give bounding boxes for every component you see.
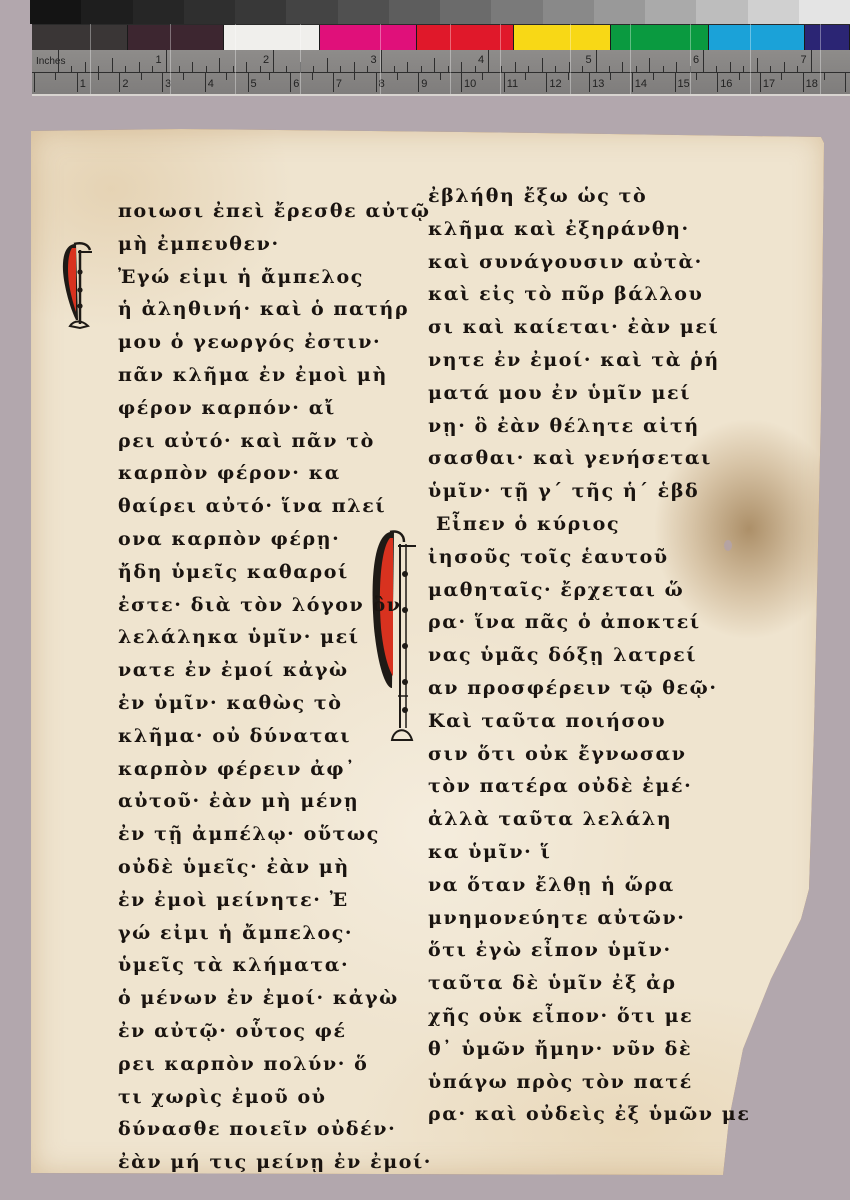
manuscript-line: ἤδη ὑμεῖς καθαροί	[118, 556, 388, 589]
tape-scratch	[90, 24, 91, 94]
ruler-tick	[260, 66, 261, 72]
ruler-cm-label: 18	[806, 78, 818, 90]
ruler-tick	[313, 66, 314, 72]
manuscript-line: ρει αὐτό· καὶ πᾶν τὸ	[118, 425, 388, 458]
manuscript-line: φέρον καρπόν· αἴ	[118, 392, 388, 425]
ruler-tick	[179, 66, 180, 72]
ruler-tick	[488, 50, 489, 72]
grey-patch	[30, 0, 81, 24]
ruler-tick	[139, 62, 140, 72]
manuscript-line: χῆς οὐκ εἶπον· ὅτι με	[428, 1000, 708, 1033]
manuscript-line: μνημονεύητε αὐτῶν·	[428, 902, 708, 935]
ruler-tick	[206, 66, 207, 72]
manuscript-line: Ἐγώ εἰμι ἡ ἄμπελος	[118, 261, 388, 294]
manuscript-line: λελάληκα ὑμῖν· μεί	[118, 621, 388, 654]
grey-patch	[389, 0, 440, 24]
manuscript-line: ἰησοῦς τοῖς ἑαυτοῦ	[428, 541, 708, 574]
color-patch-dark-brown	[128, 25, 224, 51]
ruler-tick	[546, 72, 547, 92]
ruler-tick	[248, 72, 249, 92]
color-patch-green	[611, 25, 709, 51]
ruler-cm-label: 17	[763, 78, 775, 90]
ruler-tick	[418, 72, 419, 92]
ruler-tick	[394, 66, 395, 72]
ruler-tick	[448, 66, 449, 72]
ruler-tick	[205, 72, 206, 92]
ruler-cm-label: 5	[251, 78, 257, 90]
ruler-tick	[58, 50, 59, 72]
ruler-tick	[141, 72, 142, 80]
manuscript-line: καρπὸν φέρον· κα	[118, 457, 388, 490]
tape-scratch	[750, 24, 751, 94]
ruler-tick	[504, 72, 505, 92]
ruler-tick	[290, 72, 291, 92]
ruler-tick	[675, 72, 676, 92]
ruler-tick	[475, 66, 476, 72]
manuscript-line: καρπὸν φέρειν ἀφ᾽	[118, 753, 388, 786]
color-patch-white	[224, 25, 320, 51]
manuscript-line: ματά μου ἐν ὑμῖν μεί	[428, 377, 708, 410]
color-patch-dark-grey	[32, 25, 128, 51]
manuscript-line: νητε ἐν ἐμοί· καὶ τὰ ῥή	[428, 344, 708, 377]
ruler-tick	[273, 50, 274, 72]
manuscript-line: ἐν ὑμῖν· καθὼς τὸ	[118, 687, 388, 720]
manuscript-line: ρα· ἵνα πᾶς ὁ ἀποκτεί	[428, 606, 708, 639]
ruler-tick	[589, 72, 590, 92]
ruler-tick	[555, 66, 556, 72]
ruler-tick	[421, 66, 422, 72]
ruler-tick	[183, 72, 184, 80]
ruler-tick	[286, 66, 287, 72]
manuscript-line: ὑμεῖς τὰ κλήματα·	[118, 949, 388, 982]
ruler-tick	[166, 50, 167, 72]
ruler-tick	[125, 66, 126, 72]
manuscript-line: μὴ ἐμπευθεν·	[118, 228, 388, 261]
manuscript-line: γώ εἰμι ἡ ἄμπελος·	[118, 917, 388, 950]
grey-patch	[799, 0, 850, 24]
ruler-tick	[542, 58, 543, 72]
grey-patch	[696, 0, 747, 24]
ruler-tick	[354, 62, 355, 72]
manuscript-line: σιν ὅτι οὐκ ἔγνωσαν	[428, 738, 708, 771]
ruler-tick	[653, 72, 654, 80]
ruler-cm-label: 12	[549, 78, 561, 90]
ruler-cm-label: 7	[336, 78, 342, 90]
tape-scratch	[380, 24, 381, 94]
illuminated-epsilon-icon	[58, 240, 114, 340]
grey-patch	[235, 0, 286, 24]
ruler-tick	[568, 72, 569, 80]
ruler-cm-label: 4	[208, 78, 214, 90]
ruler-tick	[77, 72, 78, 92]
ruler-tick	[440, 72, 441, 80]
grey-patch	[645, 0, 696, 24]
ruler-cm-label: 16	[720, 78, 732, 90]
color-calibration-target: Inches 123456712345678910111213141516171…	[30, 0, 850, 96]
ruler-tick	[219, 58, 220, 72]
ruler-tick	[663, 66, 664, 72]
ruler-tick	[376, 72, 377, 92]
color-patch-blue-violet	[805, 25, 850, 51]
manuscript-line: κα ὑμῖν· ἵ	[428, 836, 708, 869]
ruler-tick	[703, 50, 704, 72]
ruler-inch-label: 7	[801, 54, 807, 66]
ruler-cm-label: 13	[592, 78, 604, 90]
ruler-tick	[676, 62, 677, 72]
tape-scratch	[300, 24, 301, 94]
ruler-tick	[515, 62, 516, 72]
tape-scratch	[500, 24, 501, 94]
manuscript-line: ἀλλὰ ταῦτα λελάλη	[428, 803, 708, 836]
ruler-tick	[622, 62, 623, 72]
manuscript-line: νῃ· ὃ ἐὰν θέλητε αἰτή	[428, 410, 708, 443]
ruler-tick	[649, 58, 650, 72]
manuscript-line: ρει καρπὸν πολύν· ὅ	[118, 1048, 388, 1081]
color-patch-yellow	[514, 25, 611, 51]
ruler-tick	[501, 66, 502, 72]
ruler-cm-label: 15	[678, 78, 690, 90]
manuscript-line: τὸν πατέρα οὐδὲ ἐμέ·	[428, 770, 708, 803]
ruler-tick	[397, 72, 398, 80]
ruler-tick	[781, 72, 782, 80]
tape-scratch	[690, 24, 691, 94]
manuscript-line: κλῆμα καὶ ἐξηράνθη·	[428, 213, 708, 246]
manuscript-line: ὑπάγω πρὸς τὸν πατέ	[428, 1066, 708, 1099]
grey-patch	[748, 0, 799, 24]
decorated-initial-left	[58, 240, 114, 340]
ruler-tick	[845, 72, 846, 92]
manuscript-line: ἐν ἐμοὶ μείνητε· Ἐ	[118, 884, 388, 917]
manuscript-line: ἐστε· διὰ τὸν λόγον ὃν	[118, 589, 388, 622]
ruler-tick	[696, 72, 697, 80]
measurement-ruler: Inches 123456712345678910111213141516171…	[32, 50, 850, 96]
ruler-cm-label: 14	[635, 78, 647, 90]
ruler-tick	[596, 50, 597, 72]
ruler-tick	[407, 62, 408, 72]
ruler-inch-label: 1	[156, 54, 162, 66]
ruler-tick	[162, 72, 163, 92]
ruler-cm-label: 2	[122, 78, 128, 90]
ruler-cm-label: 6	[293, 78, 299, 90]
ruler-tick	[461, 62, 462, 72]
manuscript-line: ὅτι ἐγὼ εἶπον ὑμῖν·	[428, 934, 708, 967]
manuscript-line: ρα· καὶ οὐδεὶς ἐξ ὑμῶν με	[428, 1098, 708, 1131]
ruler-inch-label: 3	[371, 54, 377, 66]
ruler-inch-label: 5	[586, 54, 592, 66]
ruler-tick	[269, 72, 270, 80]
manuscript-line: ονα καρπὸν φέρῃ·	[118, 523, 388, 556]
tape-scratch	[820, 24, 821, 94]
color-patch-cyan	[709, 25, 805, 51]
grey-patch	[133, 0, 184, 24]
manuscript-line: νας ὑμᾶς δόξῃ λατρεί	[428, 639, 708, 672]
grey-patch	[543, 0, 594, 24]
ruler-tick	[797, 66, 798, 72]
color-patch-strip	[32, 24, 850, 51]
manuscript-line: αν προσφέρειν τῷ θεῷ·	[428, 672, 708, 705]
ruler-inch-label: 2	[263, 54, 269, 66]
ruler-tick	[582, 66, 583, 72]
ruler-tick	[119, 72, 120, 92]
tape-scratch	[235, 24, 236, 94]
manuscript-line: καὶ συνάγουσιν αὐτὰ·	[428, 246, 708, 279]
tape-scratch	[630, 24, 631, 94]
ruler-tick	[803, 72, 804, 92]
grey-patch	[286, 0, 337, 24]
ruler-tick	[525, 72, 526, 80]
ruler-tick	[152, 66, 153, 72]
manuscript-line: ἐν αὐτῷ· οὗτος φέ	[118, 1015, 388, 1048]
grey-patch	[440, 0, 491, 24]
ruler-tick	[327, 58, 328, 72]
manuscript-line: ταῦτα δὲ ὑμῖν ἐξ ἀρ	[428, 967, 708, 1000]
ruler-tick	[434, 58, 435, 72]
ruler-tick	[246, 62, 247, 72]
ruler-tick	[636, 66, 637, 72]
ruler-unit-label: Inches	[36, 56, 65, 67]
text-column-left: ποιωσι ἐπεὶ ἔρεσθε αὐτῷμὴ ἐμπευθεν·Ἐγώ ε…	[118, 195, 388, 1179]
manuscript-line: ἐβλήθη ἔξω ὡς τὸ	[428, 180, 708, 213]
manuscript-line: κλῆμα· οὐ δύναται	[118, 720, 388, 753]
ruler-tick	[312, 72, 313, 80]
ruler-tick	[610, 72, 611, 80]
ruler-tick	[528, 66, 529, 72]
manuscript-line: ὁ μένων ἐν ἐμοί· κἀγὼ	[118, 982, 388, 1015]
color-patch-magenta	[320, 25, 417, 51]
ruler-inch-label: 4	[478, 54, 484, 66]
ruler-tick	[85, 62, 86, 72]
tape-scratch	[450, 24, 451, 94]
manuscript-line: σι καὶ καίεται· ἐὰν μεί	[428, 311, 708, 344]
ruler-tick	[461, 72, 462, 92]
ruler-tick	[233, 66, 234, 72]
ruler-tick	[71, 66, 72, 72]
ruler-tick	[226, 72, 227, 80]
manuscript-line: ὑμῖν· τῇ γ´ τῆς ἡ´ ἑβδ	[428, 475, 708, 508]
manuscript-line: νατε ἐν ἐμοί κἀγὼ	[118, 654, 388, 687]
grey-patch	[491, 0, 542, 24]
manuscript-line: οὐδὲ ὑμεῖς· ἐὰν μὴ	[118, 851, 388, 884]
manuscript-line: μου ὁ γεωργός ἐστιν·	[118, 326, 388, 359]
ruler-cm-label: 1	[80, 78, 86, 90]
manuscript-line: θ᾽ ὑμῶν ἤμην· νῦν δὲ	[428, 1033, 708, 1066]
manuscript-line: αὐτοῦ· ἐὰν μὴ μένῃ	[118, 785, 388, 818]
ruler-cm-label: 11	[507, 78, 518, 90]
manuscript-line: ἐὰν μή τις μείνῃ ἐν ἐμοί·	[118, 1146, 388, 1179]
manuscript-line: δύνασθε ποιεῖν οὐδέν·	[118, 1113, 388, 1146]
tape-scratch	[570, 24, 571, 94]
ruler-tick	[632, 72, 633, 92]
grey-patch	[338, 0, 389, 24]
ruler-tick	[340, 66, 341, 72]
manuscript-line: να ὅταν ἔλθῃ ἡ ὥρα	[428, 869, 708, 902]
manuscript-line: Καὶ ταῦτα ποιήσου	[428, 705, 708, 738]
ruler-tick	[757, 58, 758, 72]
ruler-inch-label: 6	[693, 54, 699, 66]
manuscript-line: ἐν τῇ ἀμπέλῳ· οὕτως	[118, 818, 388, 851]
manuscript-line: καὶ εἰς τὸ πῦρ βάλλου	[428, 278, 708, 311]
tape-scratch	[170, 24, 171, 94]
manuscript-line: τι χωρὶς ἐμοῦ οὐ	[118, 1081, 388, 1114]
ruler-tick	[98, 72, 99, 80]
ruler-tick	[760, 72, 761, 92]
ruler-tick	[770, 66, 771, 72]
ruler-cm-label: 10	[464, 78, 476, 90]
ruler-tick	[482, 72, 483, 80]
grey-patch	[594, 0, 645, 24]
ruler-tick	[739, 72, 740, 80]
ruler-tick	[824, 72, 825, 80]
manuscript-line: σασθαι· καὶ γενήσεται	[428, 442, 708, 475]
text-column-right: ἐβλήθη ἔξω ὡς τὸκλῆμα καὶ ἐξηράνθη·καὶ σ…	[428, 180, 708, 1131]
ruler-tick	[55, 72, 56, 80]
ruler-tick	[717, 72, 718, 92]
ruler-tick	[730, 62, 731, 72]
manuscript-line: Εἶπεν ὁ κύριος	[428, 508, 708, 541]
stain-hole	[724, 540, 732, 551]
ruler-tick	[784, 62, 785, 72]
ruler-tick	[367, 66, 368, 72]
manuscript-line: θαίρει αὐτό· ἵνα πλεί	[118, 490, 388, 523]
manuscript-line: ποιωσι ἐπεὶ ἔρεσθε αὐτῷ	[118, 195, 388, 228]
ruler-tick	[354, 72, 355, 80]
ruler-tick	[811, 50, 812, 72]
manuscript-line: μαθηταῖς· ἔρχεται ὥ	[428, 574, 708, 607]
grey-patch	[184, 0, 235, 24]
grey-patch	[81, 0, 132, 24]
ruler-tick	[112, 58, 113, 72]
ruler-tick	[333, 72, 334, 92]
manuscript-line: ἡ ἀληθινή· καὶ ὁ πατήρ	[118, 293, 388, 326]
ruler-cm-label: 9	[421, 78, 427, 90]
ruler-tick	[743, 66, 744, 72]
manuscript-line: πᾶν κλῆμα ἐν ἐμοὶ μὴ	[118, 359, 388, 392]
grey-scale-strip	[30, 0, 850, 24]
ruler-tick	[34, 72, 35, 92]
ruler-tick	[192, 62, 193, 72]
